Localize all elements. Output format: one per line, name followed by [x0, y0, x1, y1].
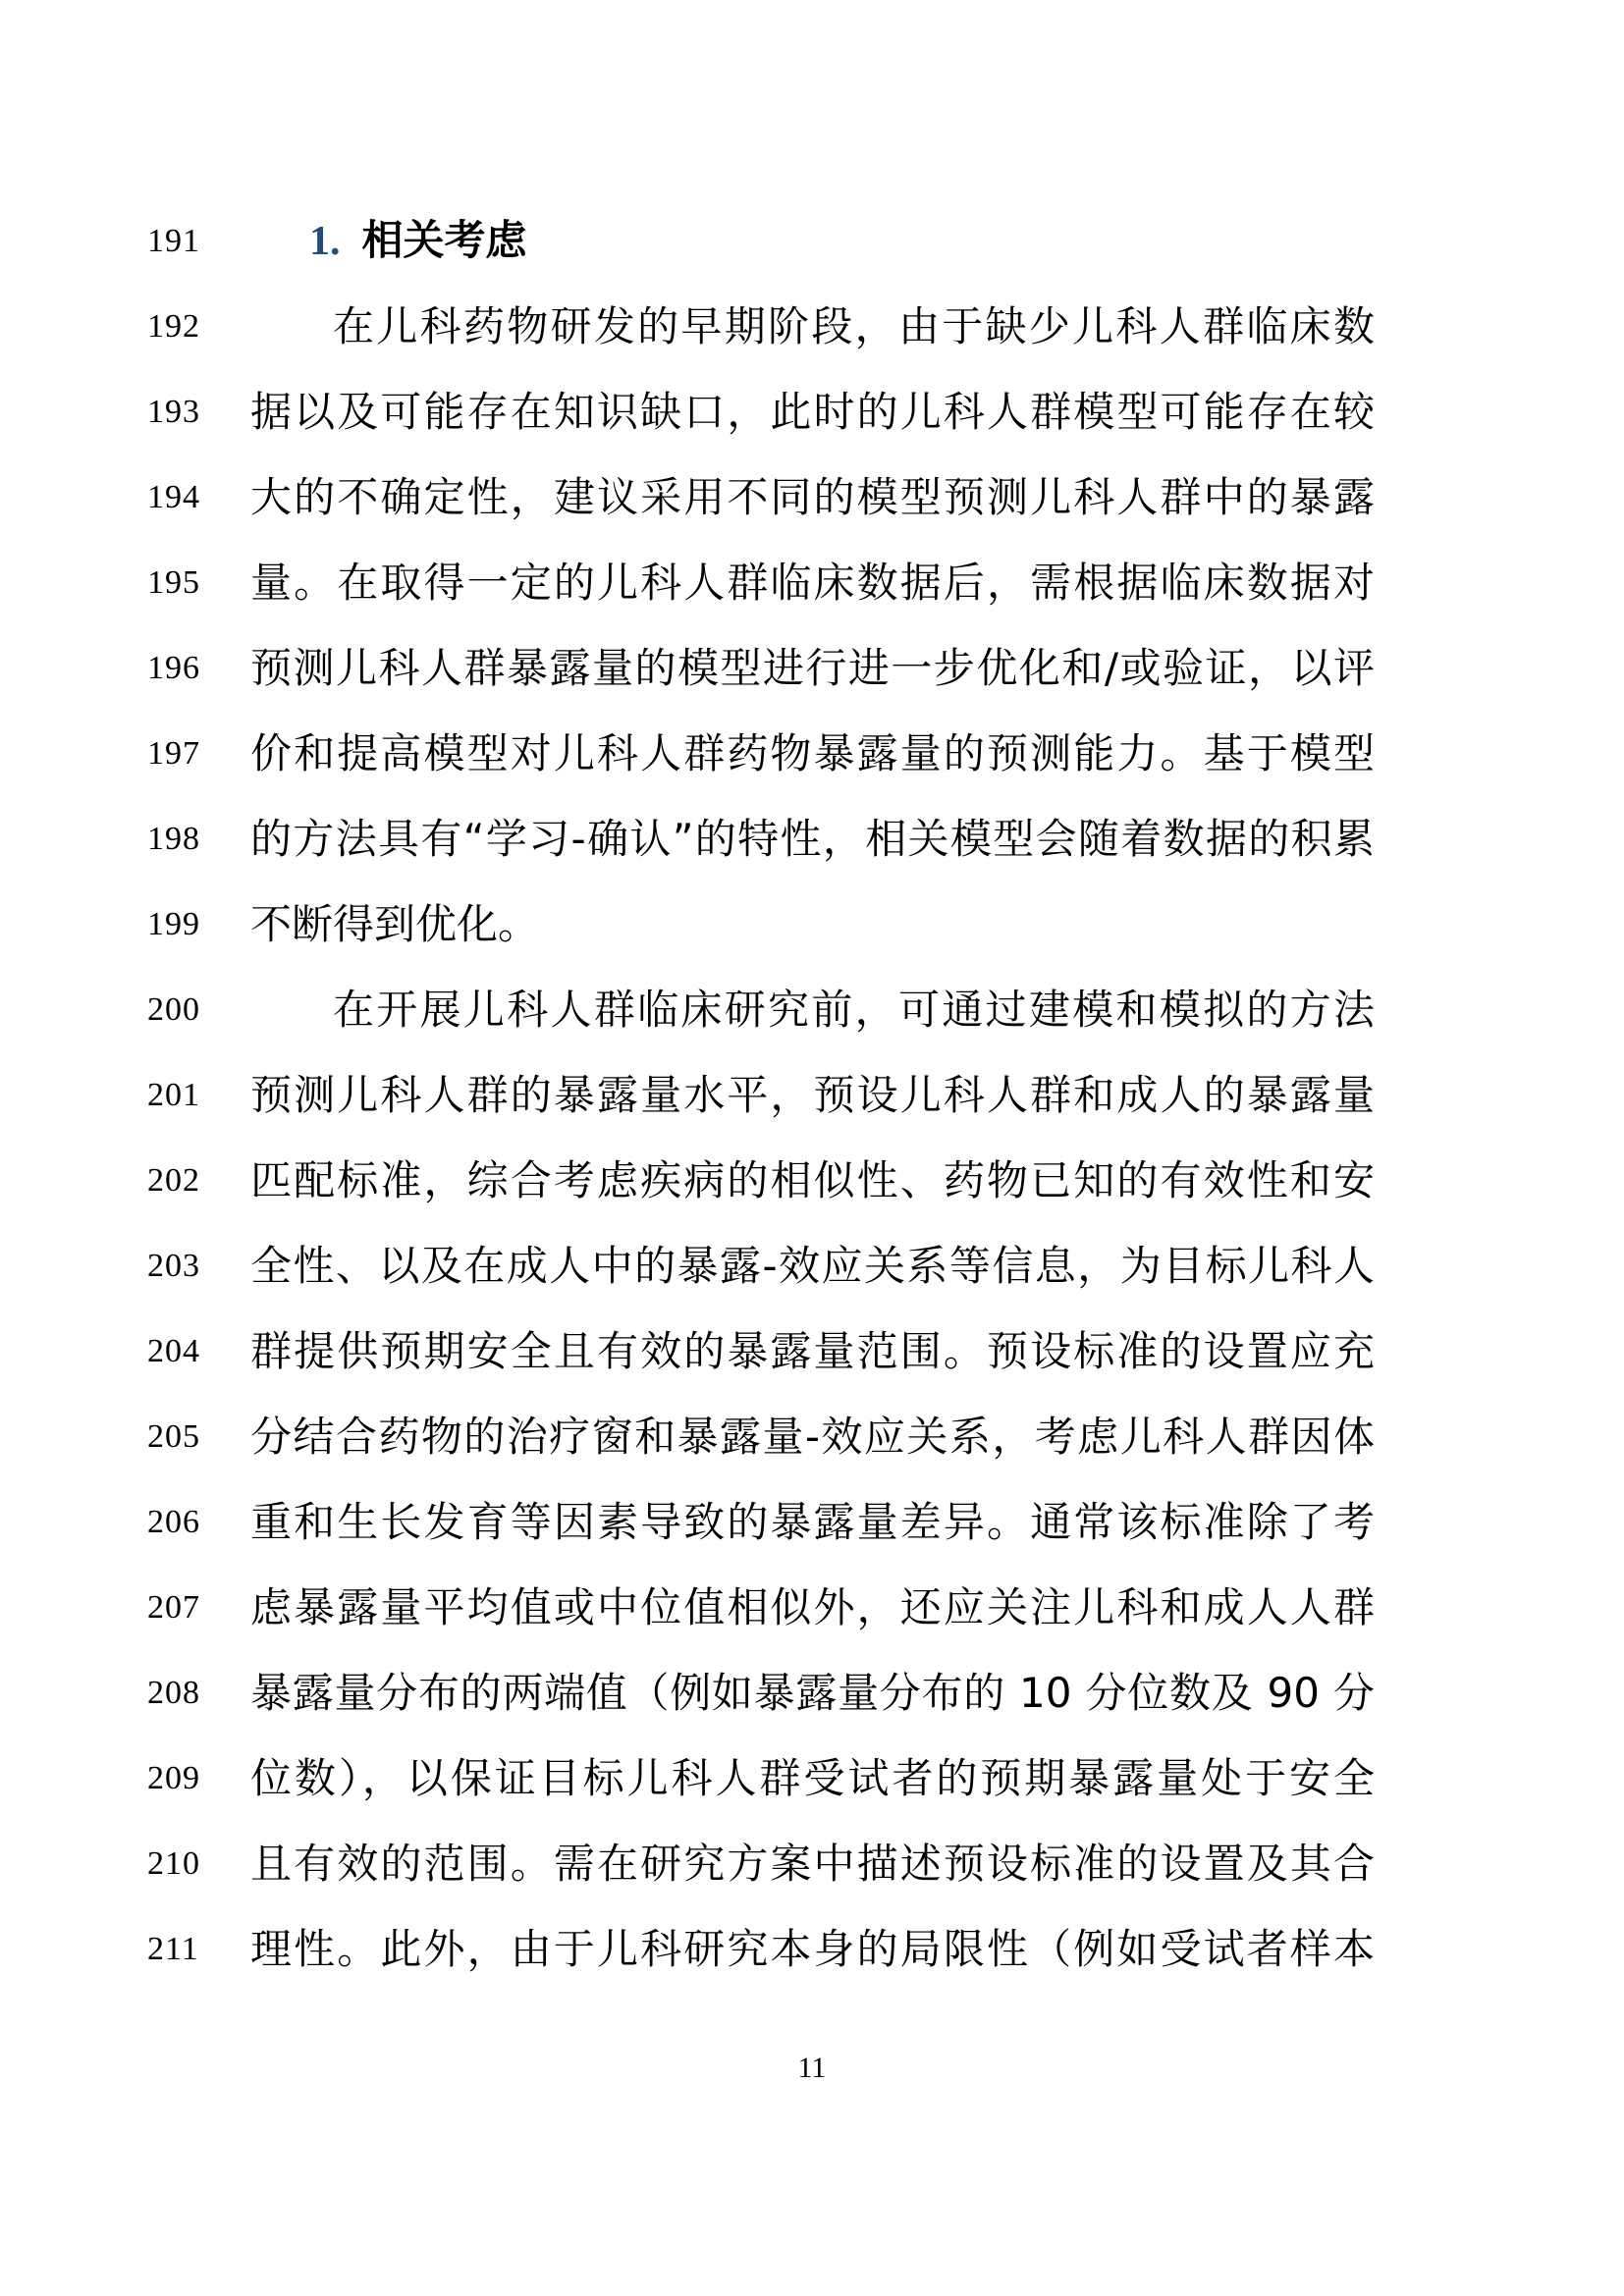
line-number: 194 [147, 479, 250, 516]
line-number: 211 [147, 1931, 250, 1968]
text-line-row: 201预测儿科人群的暴露量水平，预设儿科人群和成人的暴露量 [147, 1052, 1384, 1138]
section-number: 1. [309, 219, 341, 264]
text-line-row: 207虑暴露量平均值或中位值相似外，还应关注儿科和成人人群 [147, 1565, 1384, 1650]
line-number: 207 [147, 1589, 250, 1627]
document-page: 191 1.相关考虑 192在儿科药物研发的早期阶段，由于缺少儿科人群临床数19… [0, 0, 1624, 2296]
text-line-row: 200在开展儿科人群临床研究前，可通过建模和模拟的方法 [147, 967, 1384, 1052]
text-line-row: 204群提供预期安全且有效的暴露量范围。预设标准的设置应充 [147, 1308, 1384, 1394]
line-number: 204 [147, 1333, 250, 1370]
line-number: 208 [147, 1675, 250, 1712]
line-number: 193 [147, 394, 250, 431]
text-line-row: 211理性。此外，由于儿科研究本身的局限性（例如受试者样本 [147, 1906, 1384, 1992]
section-title: 相关考虑 [362, 216, 527, 264]
line-number: 201 [147, 1077, 250, 1114]
body-text-line: 大的不确定性，建议采用不同的模型预测儿科人群中的暴露 [250, 454, 1375, 540]
line-number: 200 [147, 991, 250, 1029]
line-number: 195 [147, 564, 250, 602]
body-text-line: 暴露量分布的两端值（例如暴露量分布的 10 分位数及 90 分 [250, 1650, 1375, 1735]
text-line-row: 193据以及可能存在知识缺口，此时的儿科人群模型可能存在较 [147, 369, 1384, 454]
line-number: 210 [147, 1845, 250, 1883]
text-line-row: 208暴露量分布的两端值（例如暴露量分布的 10 分位数及 90 分 [147, 1650, 1384, 1735]
body-text-line: 不断得到优化。 [250, 881, 1375, 967]
line-number: 202 [147, 1162, 250, 1200]
line-number: 199 [147, 906, 250, 943]
body-text-line: 匹配标准，综合考虑疾病的相似性、药物已知的有效性和安 [250, 1138, 1375, 1223]
body-text-block: 192在儿科药物研发的早期阶段，由于缺少儿科人群临床数193据以及可能存在知识缺… [147, 284, 1384, 1992]
body-text-line: 据以及可能存在知识缺口，此时的儿科人群模型可能存在较 [250, 369, 1375, 454]
text-line-row: 205分结合药物的治疗窗和暴露量-效应关系，考虑儿科人群因体 [147, 1394, 1384, 1479]
text-line-row: 195量。在取得一定的儿科人群临床数据后，需根据临床数据对 [147, 540, 1384, 625]
page-footer: 11 [0, 2052, 1624, 2085]
body-text-line: 预测儿科人群暴露量的模型进行进一步优化和/或验证，以评 [250, 625, 1375, 711]
body-text-line: 且有效的范围。需在研究方案中描述预设标准的设置及其合 [250, 1821, 1375, 1906]
body-text-line: 的方法具有“学习-确认”的特性，相关模型会随着数据的积累 [250, 796, 1375, 881]
body-text-line: 虑暴露量平均值或中位值相似外，还应关注儿科和成人人群 [250, 1565, 1375, 1650]
text-line-row: 194大的不确定性，建议采用不同的模型预测儿科人群中的暴露 [147, 454, 1384, 540]
line-number: 191 [147, 223, 250, 260]
text-line-row: 198的方法具有“学习-确认”的特性，相关模型会随着数据的积累 [147, 796, 1384, 881]
body-text-line: 全性、以及在成人中的暴露-效应关系等信息，为目标儿科人 [250, 1223, 1375, 1308]
section-heading-row: 191 1.相关考虑 [147, 198, 1384, 284]
body-text-line: 理性。此外，由于儿科研究本身的局限性（例如受试者样本 [250, 1906, 1375, 1992]
line-number: 198 [147, 821, 250, 858]
text-line-row: 192在儿科药物研发的早期阶段，由于缺少儿科人群临床数 [147, 284, 1384, 369]
text-line-row: 197价和提高模型对儿科人群药物暴露量的预测能力。基于模型 [147, 711, 1384, 796]
text-line-row: 196预测儿科人群暴露量的模型进行进一步优化和/或验证，以评 [147, 625, 1384, 711]
body-text-line: 量。在取得一定的儿科人群临床数据后，需根据临床数据对 [250, 540, 1375, 625]
page-number: 11 [798, 2052, 827, 2084]
line-number: 192 [147, 308, 250, 346]
body-text-line: 在开展儿科人群临床研究前，可通过建模和模拟的方法 [250, 967, 1375, 1052]
body-text-line: 在儿科药物研发的早期阶段，由于缺少儿科人群临床数 [250, 284, 1375, 369]
page-content: 191 1.相关考虑 192在儿科药物研发的早期阶段，由于缺少儿科人群临床数19… [147, 198, 1384, 1992]
line-number: 197 [147, 735, 250, 773]
body-text-line: 预测儿科人群的暴露量水平，预设儿科人群和成人的暴露量 [250, 1052, 1375, 1138]
body-text-line: 价和提高模型对儿科人群药物暴露量的预测能力。基于模型 [250, 711, 1375, 796]
line-number: 209 [147, 1760, 250, 1797]
line-number: 196 [147, 650, 250, 687]
text-line-row: 209位数），以保证目标儿科人群受试者的预期暴露量处于安全 [147, 1735, 1384, 1821]
section-heading: 1.相关考虑 [250, 197, 1384, 285]
body-text-line: 群提供预期安全且有效的暴露量范围。预设标准的设置应充 [250, 1308, 1375, 1394]
text-line-row: 199不断得到优化。 [147, 881, 1384, 967]
line-number: 206 [147, 1504, 250, 1541]
text-line-row: 210且有效的范围。需在研究方案中描述预设标准的设置及其合 [147, 1821, 1384, 1906]
body-text-line: 分结合药物的治疗窗和暴露量-效应关系，考虑儿科人群因体 [250, 1394, 1375, 1479]
line-number: 203 [147, 1248, 250, 1285]
text-line-row: 206重和生长发育等因素导致的暴露量差异。通常该标准除了考 [147, 1479, 1384, 1565]
text-line-row: 203全性、以及在成人中的暴露-效应关系等信息，为目标儿科人 [147, 1223, 1384, 1308]
body-text-line: 重和生长发育等因素导致的暴露量差异。通常该标准除了考 [250, 1479, 1375, 1565]
body-text-line: 位数），以保证目标儿科人群受试者的预期暴露量处于安全 [250, 1735, 1375, 1821]
text-line-row: 202匹配标准，综合考虑疾病的相似性、药物已知的有效性和安 [147, 1138, 1384, 1223]
line-number: 205 [147, 1418, 250, 1456]
